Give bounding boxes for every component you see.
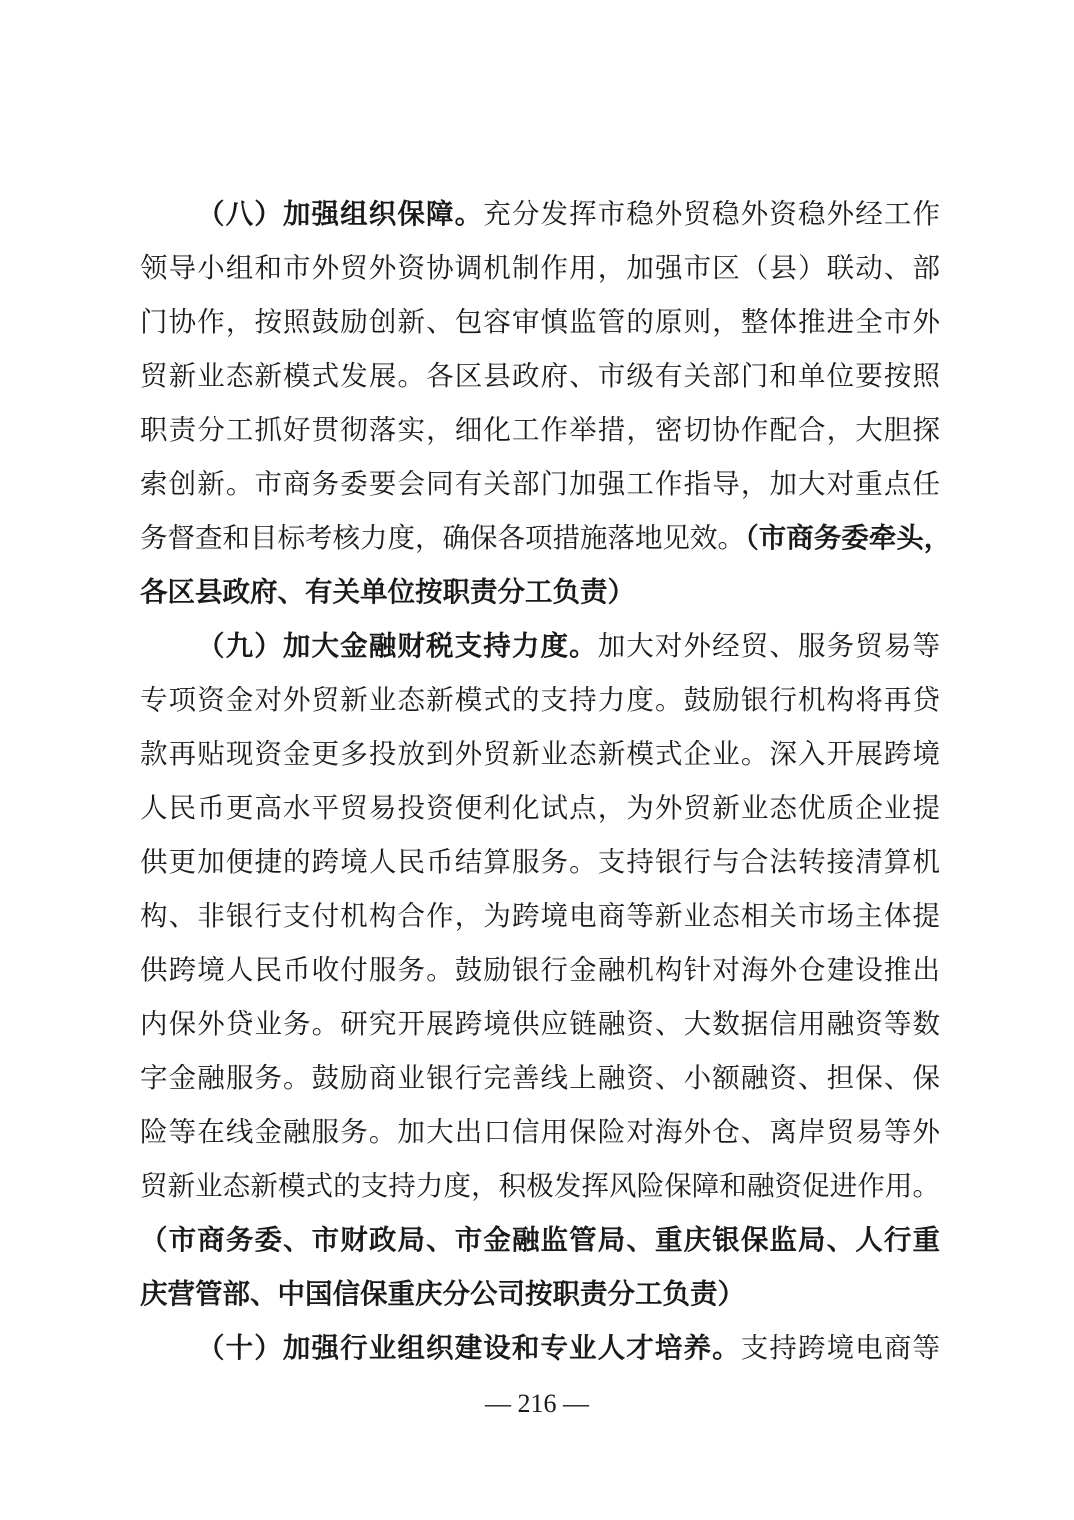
- text-segment: 务督查和目标考核力度，确保各项措施落地见效。: [140, 522, 745, 554]
- text-line: 各区县政府、有关单位按职责分工负责）: [140, 565, 940, 619]
- text-segment: 人民币更高水平贸易投资便利化试点，为外贸新业态优质企业提: [140, 792, 940, 824]
- text-line: 内保外贷业务。研究开展跨境供应链融资、大数据信用融资等数: [140, 997, 940, 1051]
- text-line: 供更加便捷的跨境人民币结算服务。支持银行与合法转接清算机: [140, 835, 940, 889]
- text-line: 庆营管部、中国信保重庆分公司按职责分工负责）: [140, 1267, 940, 1321]
- bold-text-segment: 各区县政府、有关单位按职责分工负责）: [140, 576, 635, 608]
- text-line: 人民币更高水平贸易投资便利化试点，为外贸新业态优质企业提: [140, 781, 940, 835]
- text-line: 字金融服务。鼓励商业银行完善线上融资、小额融资、担保、保: [140, 1051, 940, 1105]
- text-line: 构、非银行支付机构合作，为跨境电商等新业态相关市场主体提: [140, 889, 940, 943]
- text-segment: 贸新业态新模式的支持力度，积极发挥风险保障和融资促进作用。: [140, 1170, 940, 1202]
- text-line: 专项资金对外贸新业态新模式的支持力度。鼓励银行机构将再贷: [140, 673, 940, 727]
- text-line: 供跨境人民币收付服务。鼓励银行金融机构针对海外仓建设推出: [140, 943, 940, 997]
- bold-text-segment: （十）加强行业组织建设和专业人才培养。: [197, 1332, 741, 1364]
- page-number: — 216 —: [0, 1388, 1074, 1420]
- text-segment: 字金融服务。鼓励商业银行完善线上融资、小额融资、担保、保: [140, 1062, 940, 1094]
- text-line: 险等在线金融服务。加大出口信用保险对海外仓、离岸贸易等外: [140, 1105, 940, 1159]
- document-page: （八）加强组织保障。充分发挥市稳外贸稳外资稳外经工作领导小组和市外贸外资协调机制…: [0, 0, 1074, 1520]
- bold-text-segment: （八）加强组织保障。: [197, 198, 483, 230]
- text-segment: 供更加便捷的跨境人民币结算服务。支持银行与合法转接清算机: [140, 846, 940, 878]
- paragraph-first-line: （九）加大金融财税支持力度。加大对外经贸、服务贸易等: [140, 619, 940, 673]
- text-line: 门协作，按照鼓励创新、包容审慎监管的原则，整体推进全市外: [140, 295, 940, 349]
- text-segment: 款再贴现资金更多投放到外贸新业态新模式企业。深入开展跨境: [140, 738, 940, 770]
- text-line: 领导小组和市外贸外资协调机制作用，加强市区（县）联动、部: [140, 241, 940, 295]
- bold-text-segment: （市商务委牵头，: [745, 522, 951, 554]
- text-segment: 供跨境人民币收付服务。鼓励银行金融机构针对海外仓建设推出: [140, 954, 940, 986]
- text-segment: 领导小组和市外贸外资协调机制作用，加强市区（县）联动、部: [140, 252, 940, 284]
- text-segment: 内保外贷业务。研究开展跨境供应链融资、大数据信用融资等数: [140, 1008, 940, 1040]
- text-line: 贸新业态新模式的支持力度，积极发挥风险保障和融资促进作用。: [140, 1159, 940, 1213]
- text-segment: 充分发挥市稳外贸稳外资稳外经工作: [483, 198, 940, 230]
- text-segment: 贸新业态新模式发展。各区县政府、市级有关部门和单位要按照: [140, 360, 940, 392]
- bold-text-segment: （市商务委、市财政局、市金融监管局、重庆银保监局、人行重: [140, 1224, 940, 1256]
- text-segment: 构、非银行支付机构合作，为跨境电商等新业态相关市场主体提: [140, 900, 940, 932]
- text-line: 职责分工抓好贯彻落实，细化工作举措，密切协作配合，大胆探: [140, 403, 940, 457]
- paragraph-first-line: （十）加强行业组织建设和专业人才培养。支持跨境电商等: [140, 1321, 940, 1375]
- text-segment: 专项资金对外贸新业态新模式的支持力度。鼓励银行机构将再贷: [140, 684, 940, 716]
- text-line: 款再贴现资金更多投放到外贸新业态新模式企业。深入开展跨境: [140, 727, 940, 781]
- bold-text-segment: 庆营管部、中国信保重庆分公司按职责分工负责）: [140, 1278, 745, 1310]
- text-segment: 索创新。市商务委要会同有关部门加强工作指导，加大对重点任: [140, 468, 940, 500]
- text-line: 贸新业态新模式发展。各区县政府、市级有关部门和单位要按照: [140, 349, 940, 403]
- text-line: （市商务委、市财政局、市金融监管局、重庆银保监局、人行重: [140, 1213, 940, 1267]
- text-line: 务督查和目标考核力度，确保各项措施落地见效。（市商务委牵头，: [140, 511, 940, 565]
- document-body: （八）加强组织保障。充分发挥市稳外贸稳外资稳外经工作领导小组和市外贸外资协调机制…: [140, 187, 940, 1375]
- text-segment: 险等在线金融服务。加大出口信用保险对海外仓、离岸贸易等外: [140, 1116, 940, 1148]
- text-segment: 职责分工抓好贯彻落实，细化工作举措，密切协作配合，大胆探: [140, 414, 940, 446]
- text-segment: 加大对外经贸、服务贸易等: [598, 630, 940, 662]
- text-segment: 支持跨境电商等: [741, 1332, 940, 1364]
- text-line: 索创新。市商务委要会同有关部门加强工作指导，加大对重点任: [140, 457, 940, 511]
- text-segment: 门协作，按照鼓励创新、包容审慎监管的原则，整体推进全市外: [140, 306, 940, 338]
- bold-text-segment: （九）加大金融财税支持力度。: [197, 630, 598, 662]
- paragraph-first-line: （八）加强组织保障。充分发挥市稳外贸稳外资稳外经工作: [140, 187, 940, 241]
